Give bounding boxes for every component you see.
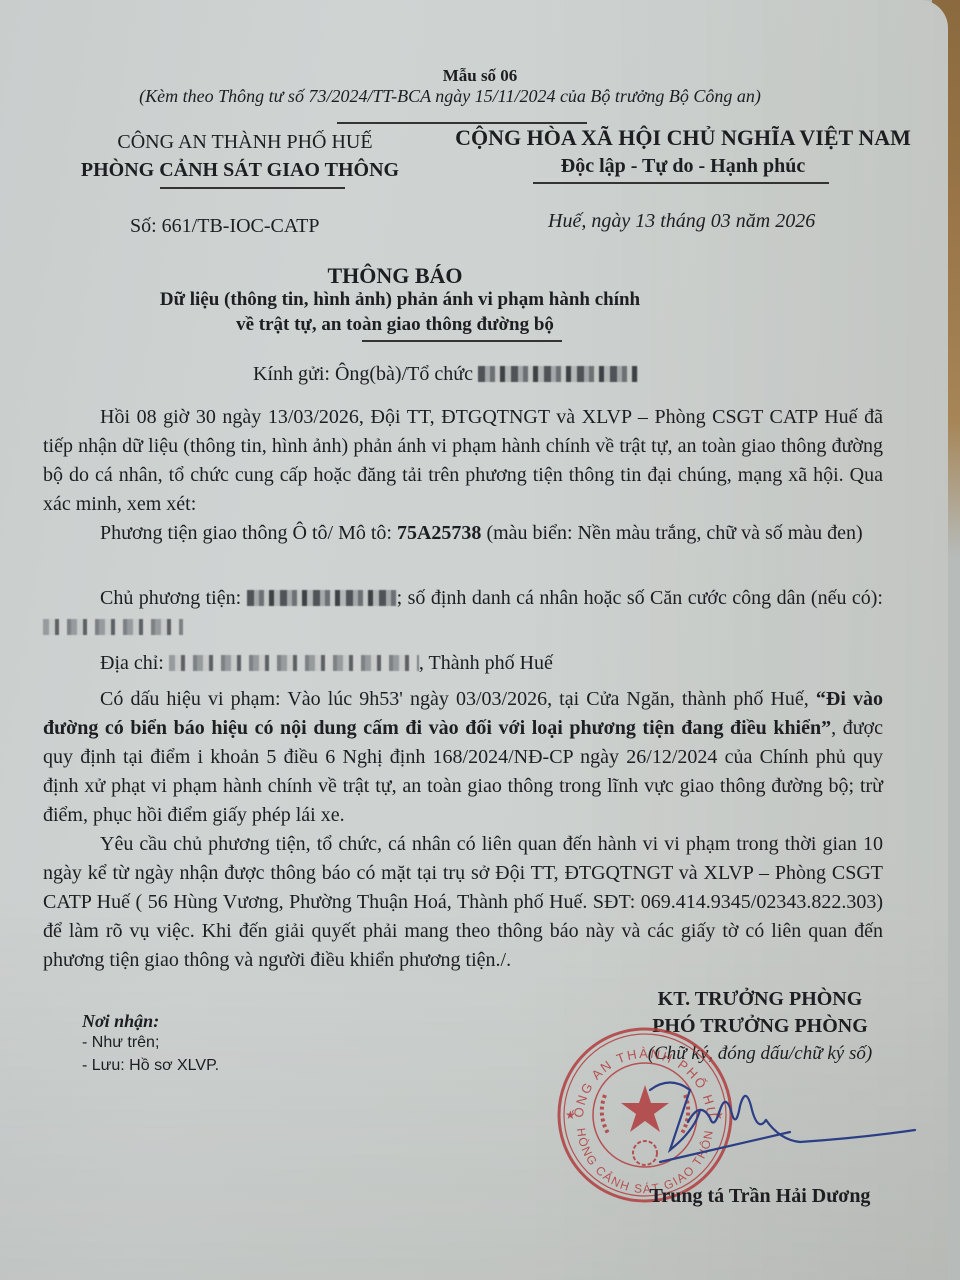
document-number: Số: 661/TB-IOC-CATP: [130, 215, 319, 238]
request-paragraph: Yêu cầu chủ phương tiện, tổ chức, cá nhâ…: [43, 830, 883, 975]
document-title: THÔNG BÁO: [0, 263, 790, 289]
redacted-address: [169, 655, 419, 671]
document-subtitle-line2: về trật tự, an toàn giao thông đường bộ: [0, 314, 790, 336]
owner-paragraph: Chủ phương tiện: ; số định danh cá nhân …: [43, 584, 883, 642]
handwritten-signature: [640, 1070, 930, 1170]
form-number: Mẫu số 06: [0, 66, 960, 86]
redacted-owner-name: [247, 590, 397, 606]
recipient-item: - Lưu: Hồ sơ XLVP.: [82, 1057, 219, 1075]
org-unit: PHÒNG CẢNH SÁT GIAO THÔNG: [50, 159, 430, 182]
motto: Độc lập - Tự do - Hạnh phúc: [438, 155, 928, 178]
license-plate: 75A25738: [397, 522, 481, 544]
svg-text:★: ★: [565, 1108, 576, 1122]
address-paragraph: Địa chỉ: , Thành phố Huế: [43, 649, 883, 678]
attachment-note: (Kèm theo Thông tư số 73/2024/TT-BCA ngà…: [0, 86, 900, 107]
divider: [362, 340, 562, 342]
intro-paragraph: Hồi 08 giờ 30 ngày 13/03/2026, Đội TT, Đ…: [43, 403, 883, 519]
violation-paragraph: Có dấu hiệu vi phạm: Vào lúc 9h53' ngày …: [43, 685, 883, 830]
nation-title: CỘNG HÒA XÃ HỘI CHỦ NGHĨA VIỆT NAM: [438, 125, 928, 151]
signer-name: Trung tá Trần Hải Dương: [560, 1185, 960, 1208]
divider: [337, 122, 587, 124]
recipient-label: Kính gửi: Ông(bà)/Tổ chức: [253, 363, 473, 385]
recipients-label: Nơi nhận:: [82, 1011, 159, 1032]
divider: [533, 182, 829, 184]
recipient-item: - Như trên;: [82, 1034, 159, 1052]
document-subtitle-line1: Dữ liệu (thông tin, hình ảnh) phản ánh v…: [0, 289, 800, 311]
redacted-recipient-name: [478, 366, 638, 382]
vehicle-paragraph: Phương tiện giao thông Ô tô/ Mô tô: 75A2…: [43, 519, 883, 548]
recipient-line: Kính gửi: Ông(bà)/Tổ chức: [253, 363, 638, 386]
redacted-id-number: [43, 619, 183, 635]
place-date: Huế, ngày 13 tháng 03 năm 2026: [548, 210, 815, 233]
org-parent: CÔNG AN THÀNH PHỐ HUẾ: [60, 131, 430, 154]
signature-title: KT. TRƯỞNG PHÒNG: [560, 988, 960, 1011]
divider: [160, 187, 345, 189]
